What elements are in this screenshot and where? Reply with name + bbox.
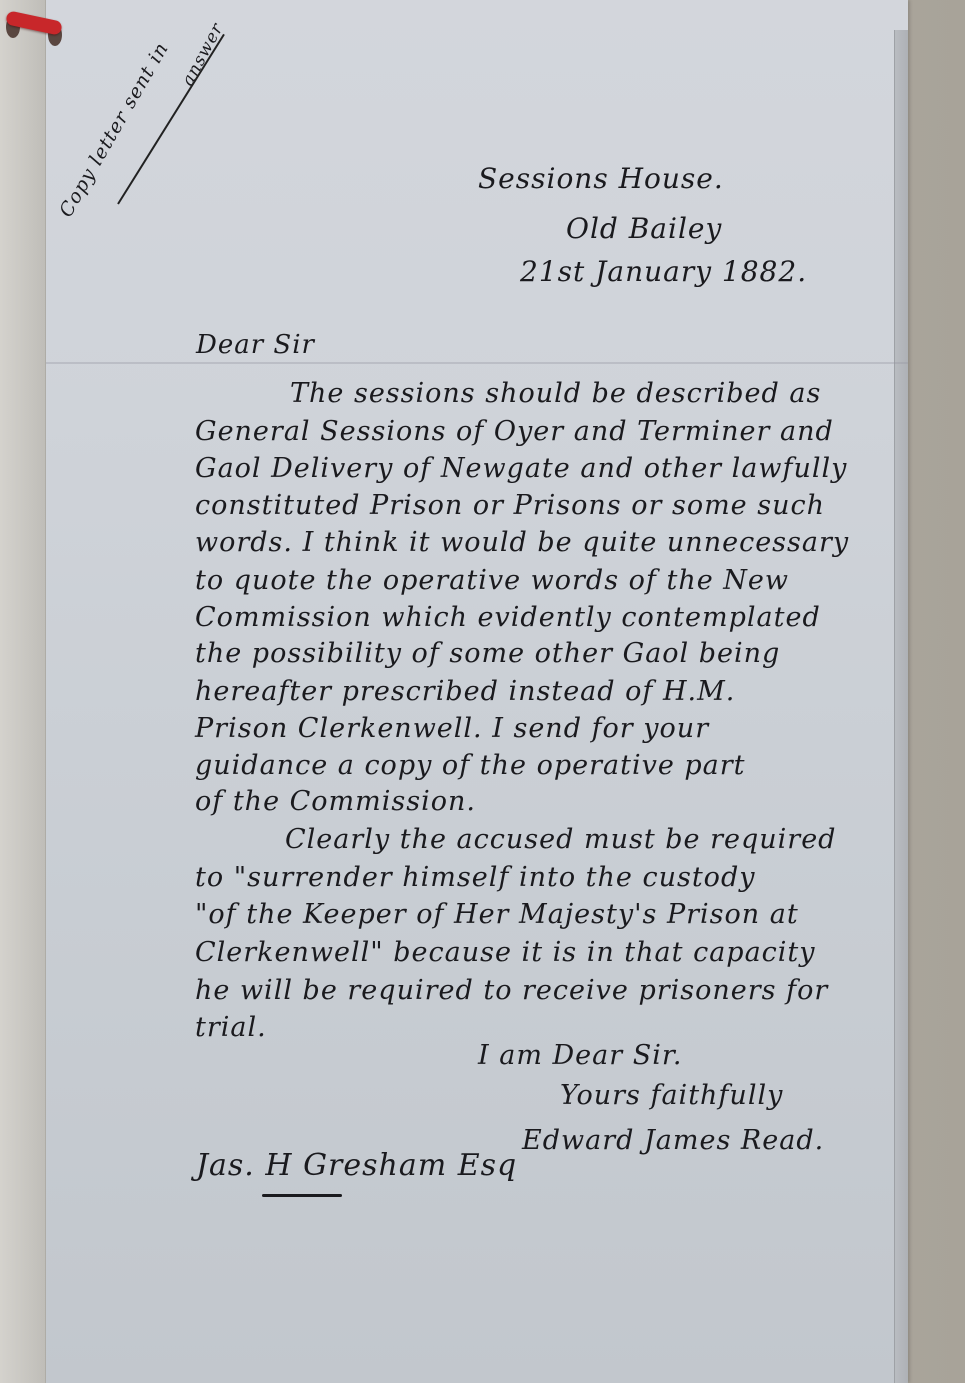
body-line: Clerkenwell" because it is in that capac…	[195, 937, 816, 968]
body-line: "of the Keeper of Her Majesty's Prison a…	[195, 899, 799, 930]
body-line: the possibility of some other Gaol being	[195, 638, 780, 669]
closing-line: I am Dear Sir.	[478, 1040, 682, 1071]
body-line: Clearly the accused must be required	[285, 824, 836, 855]
body-line: of the Commission.	[195, 786, 476, 817]
valediction: Yours faithfully	[560, 1080, 783, 1111]
paper-fold	[46, 362, 908, 364]
body-line: Prison Clerkenwell. I send for your	[195, 713, 709, 744]
binding-strip	[0, 0, 46, 1383]
body-line: trial.	[195, 1012, 267, 1043]
body-line: hereafter prescribed instead of H.M.	[195, 676, 735, 707]
salutation: Dear Sir	[196, 330, 315, 360]
page-edge	[894, 30, 908, 1383]
body-line: Commission which evidently contemplated	[195, 602, 821, 633]
body-line: he will be required to receive prisoners…	[195, 975, 828, 1006]
body-line: guidance a copy of the operative part	[195, 750, 746, 781]
body-line: to quote the operative words of the New	[195, 565, 789, 596]
body-line: to "surrender himself into the custody	[195, 862, 755, 893]
body-line: Gaol Delivery of Newgate and other lawfu…	[195, 453, 847, 484]
addressee-underline	[262, 1194, 342, 1197]
body-line: words. I think it would be quite unneces…	[195, 527, 849, 558]
signature: Edward James Read.	[522, 1125, 824, 1156]
addressee: Jas. H Gresham Esq	[196, 1148, 517, 1183]
body-line: The sessions should be described as	[290, 378, 821, 409]
address-line-1: Sessions House.	[478, 162, 724, 195]
binding-string-icon	[6, 14, 62, 44]
address-line-2: Old Bailey	[566, 212, 722, 245]
body-line: constituted Prison or Prisons or some su…	[195, 490, 825, 521]
letter-date: 21st January 1882.	[520, 255, 807, 288]
body-line: General Sessions of Oyer and Terminer an…	[195, 416, 834, 447]
